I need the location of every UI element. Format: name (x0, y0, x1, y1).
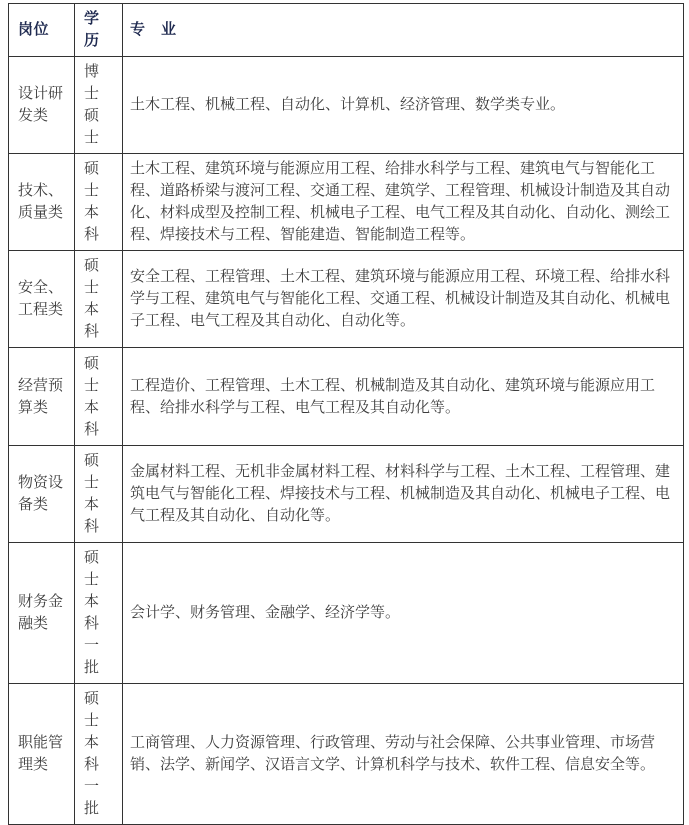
degree-cell: 硕士本科 (75, 348, 123, 446)
majors-cell: 金属材料工程、无机非金属材料工程、材料科学与工程、土木工程、工程管理、建筑电气与… (123, 446, 684, 543)
degree-cell: 硕士本科 (75, 251, 123, 348)
majors-cell: 工程造价、工程管理、土木工程、机械制造及其自动化、建筑环境与能源应用工程、给排水… (123, 348, 684, 446)
header-degree-label: 学历 (84, 8, 101, 52)
table-row-tech-quality: 技术、质量类 硕士本科 土木工程、建筑环境与能源应用工程、给排水科学与工程、建筑… (9, 154, 684, 251)
degree-label: 硕士本科一批 (84, 547, 100, 679)
degree-cell: 硕士本科一批 (75, 543, 123, 684)
degree-label: 硕士本科 (84, 450, 100, 538)
table-row-design-rd: 设计研发类 博士硕士 土木工程、机械工程、自动化、计算机、经济管理、数学类专业。 (9, 57, 684, 154)
degree-label: 硕士本科一批 (84, 688, 100, 820)
position-cell: 物资设备类 (9, 446, 75, 543)
recruitment-table: 岗位 学历 专 业 设计研发类 博士硕士 土木工程、机械工程、自动化、计算机、经… (8, 3, 684, 825)
position-cell: 职能管理类 (9, 684, 75, 825)
majors-cell: 会计学、财务管理、金融学、经济学等。 (123, 543, 684, 684)
header-row: 岗位 学历 专 业 (9, 4, 684, 57)
table-row-budget: 经营预算类 硕士本科 工程造价、工程管理、土木工程、机械制造及其自动化、建筑环境… (9, 348, 684, 446)
majors-cell: 土木工程、建筑环境与能源应用工程、给排水科学与工程、建筑电气与智能化工程、道路桥… (123, 154, 684, 251)
header-position: 岗位 (9, 4, 75, 57)
degree-label: 博士硕士 (84, 61, 100, 149)
majors-cell: 安全工程、工程管理、土木工程、建筑环境与能源应用工程、环境工程、给排水科学与工程… (123, 251, 684, 348)
position-cell: 安全、工程类 (9, 251, 75, 348)
table-row-finance: 财务金融类 硕士本科一批 会计学、财务管理、金融学、经济学等。 (9, 543, 684, 684)
table-row-materials-equipment: 物资设备类 硕士本科 金属材料工程、无机非金属材料工程、材料科学与工程、土木工程… (9, 446, 684, 543)
degree-label: 硕士本科 (84, 158, 100, 246)
degree-cell: 硕士本科一批 (75, 684, 123, 825)
page: 岗位 学历 专 业 设计研发类 博士硕士 土木工程、机械工程、自动化、计算机、经… (0, 0, 689, 811)
degree-cell: 博士硕士 (75, 57, 123, 154)
header-majors: 专 业 (123, 4, 684, 57)
position-cell: 经营预算类 (9, 348, 75, 446)
position-cell: 设计研发类 (9, 57, 75, 154)
position-cell: 技术、质量类 (9, 154, 75, 251)
table-row-admin-management: 职能管理类 硕士本科一批 工商管理、人力资源管理、行政管理、劳动与社会保障、公共… (9, 684, 684, 825)
degree-cell: 硕士本科 (75, 446, 123, 543)
table-row-safety-engineering: 安全、工程类 硕士本科 安全工程、工程管理、土木工程、建筑环境与能源应用工程、环… (9, 251, 684, 348)
degree-cell: 硕士本科 (75, 154, 123, 251)
degree-label: 硕士本科 (84, 255, 100, 343)
majors-cell: 土木工程、机械工程、自动化、计算机、经济管理、数学类专业。 (123, 57, 684, 154)
majors-cell: 工商管理、人力资源管理、行政管理、劳动与社会保障、公共事业管理、市场营销、法学、… (123, 684, 684, 825)
degree-label: 硕士本科 (84, 353, 100, 441)
header-degree: 学历 (75, 4, 123, 57)
position-cell: 财务金融类 (9, 543, 75, 684)
